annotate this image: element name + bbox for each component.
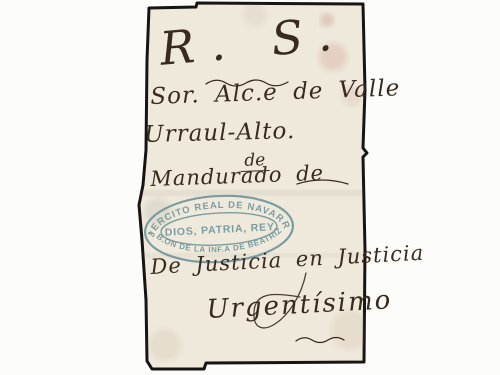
cross-icon: + [148, 228, 155, 239]
locality-line: Urraul-Alto. [144, 120, 296, 147]
initials-line: R. S. [158, 11, 331, 72]
cover-photo: EJERCITO REAL DE NAVARRA B.ON DE LA INF.… [0, 0, 500, 375]
